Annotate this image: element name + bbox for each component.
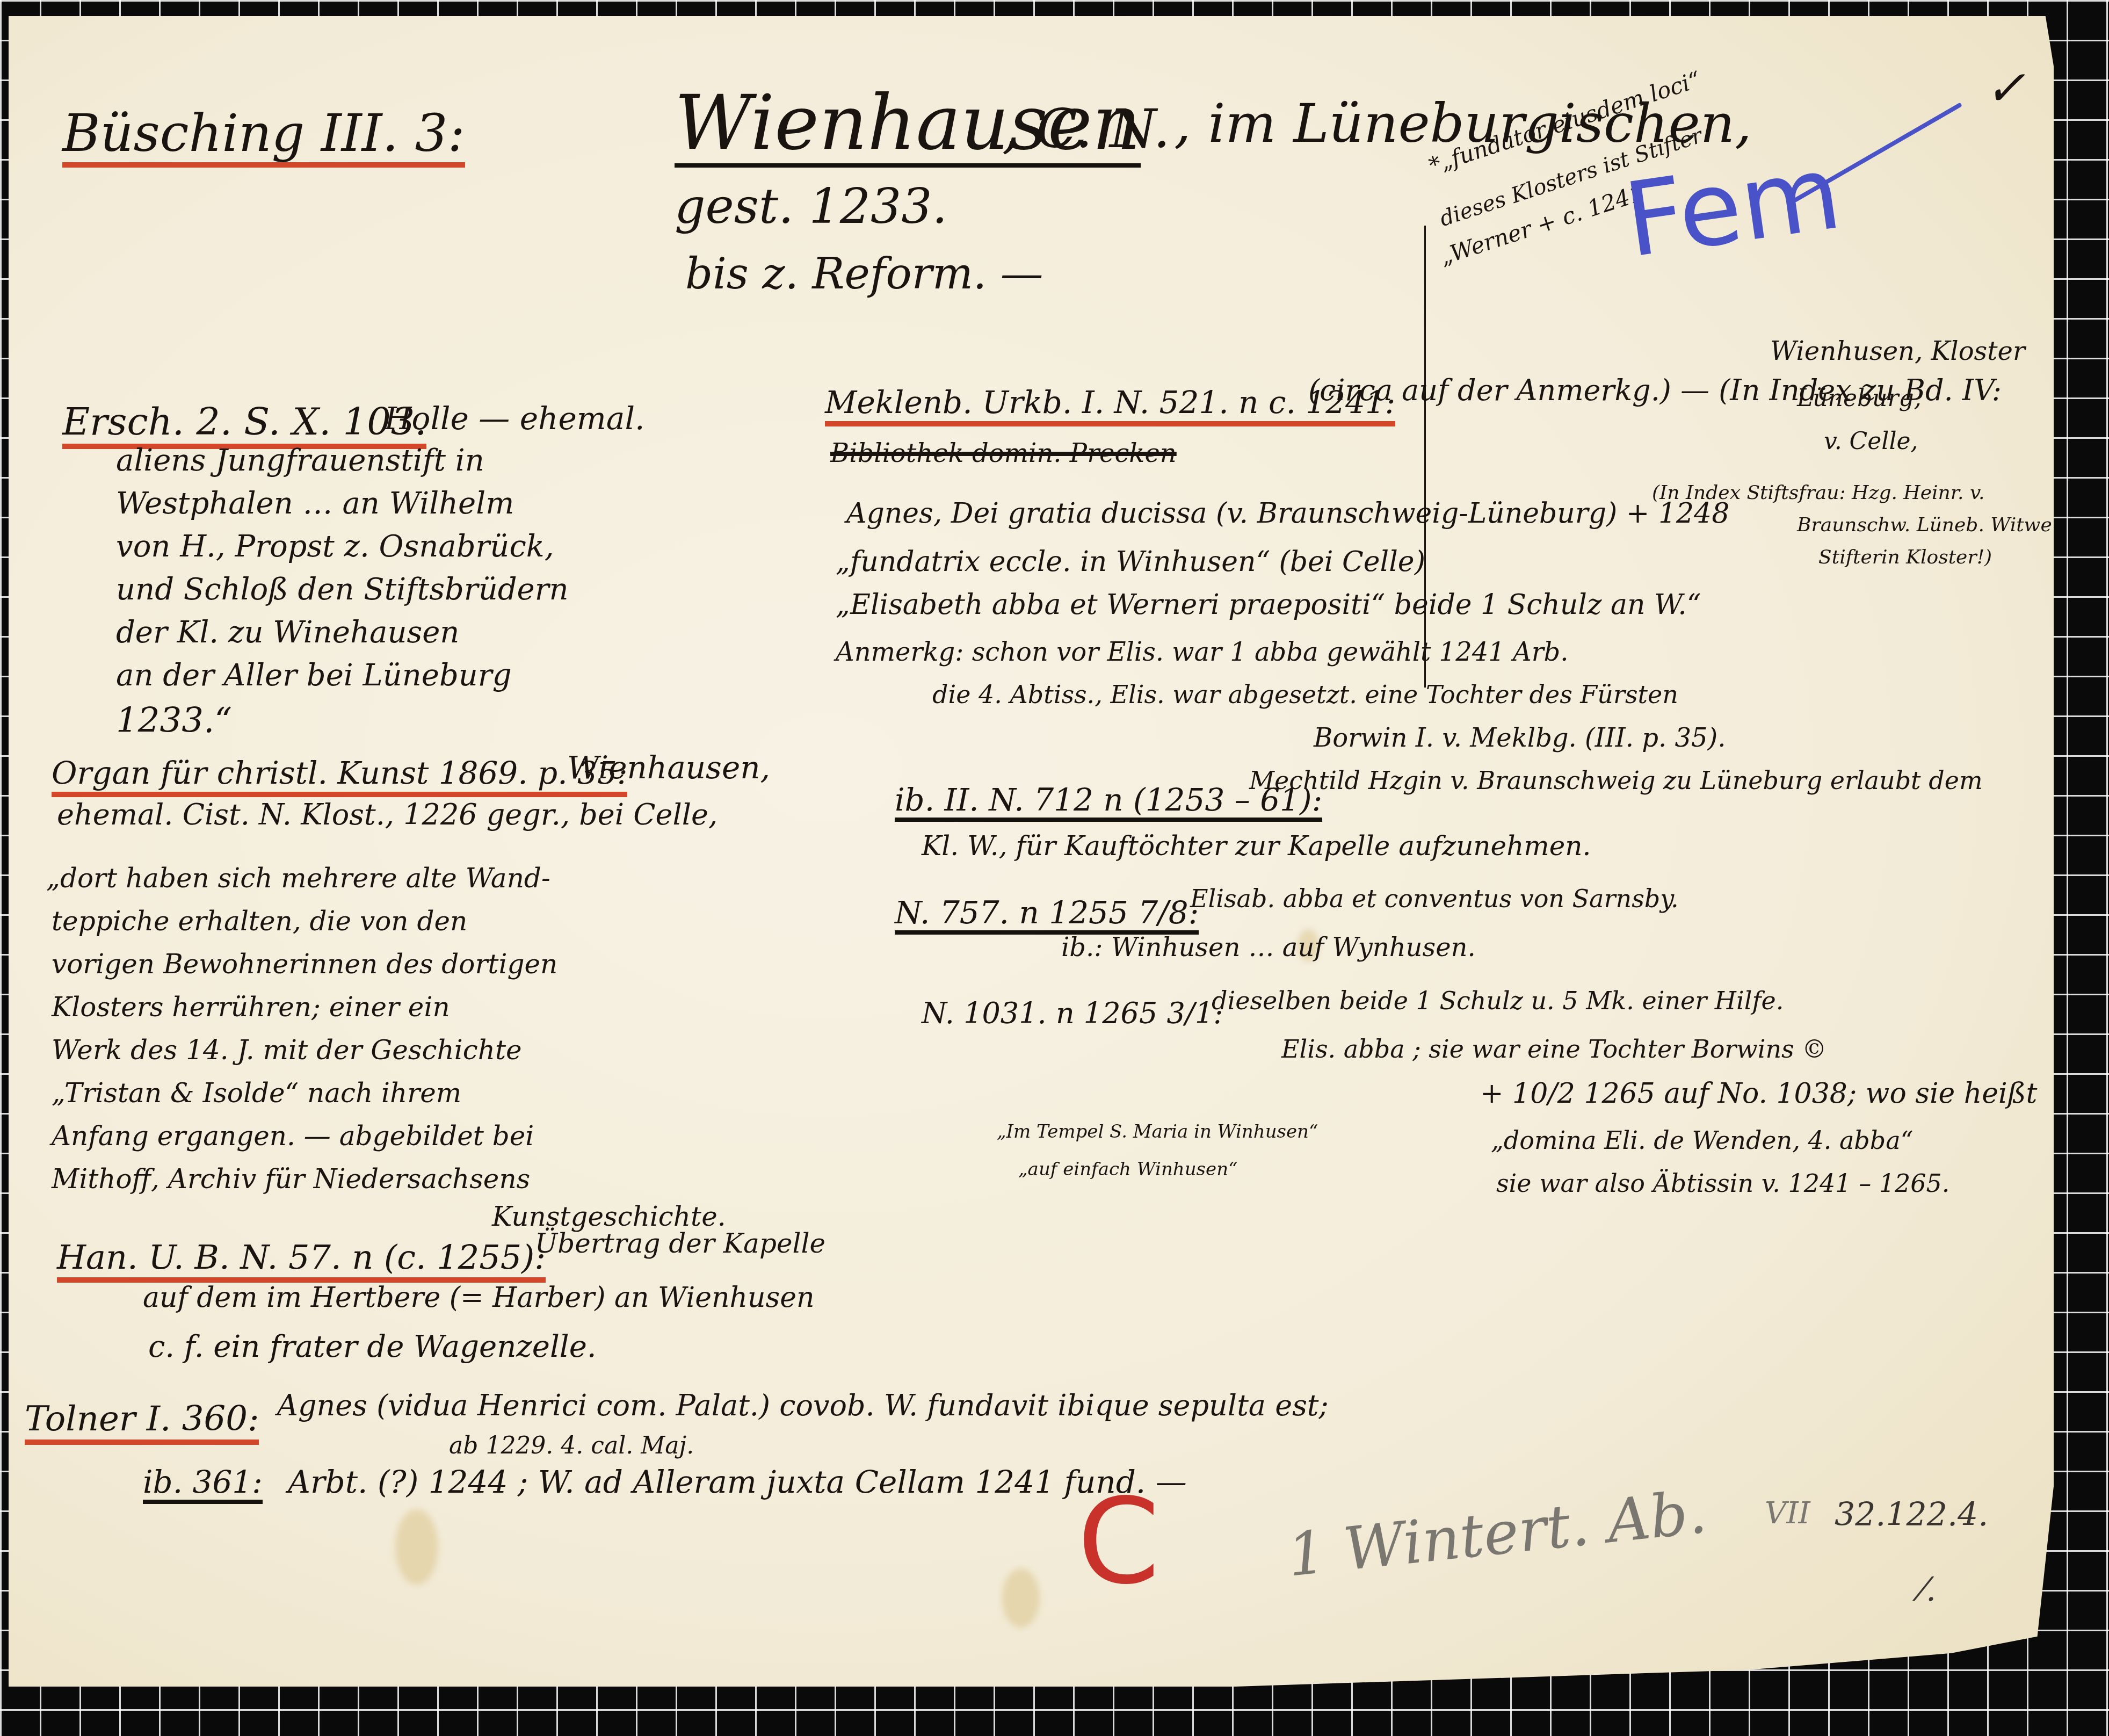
pencil-roman: VII [1765, 1499, 1810, 1529]
organ-line: Werk des 14. J. mit der Geschichte [52, 1037, 522, 1064]
ib712-line: Kl. W., für Kauftöchter zur Kapelle aufz… [922, 833, 1591, 859]
ersch-line: und Schloß den Stiftsbrüdern [116, 575, 569, 605]
index-note: Wienhusen, Kloster [1770, 338, 2025, 364]
source-organ: Organ für christl. Kunst 1869. p. 35: [52, 757, 627, 797]
n1031-line: „domina Eli. de Wenden, 4. abba“ [1491, 1128, 1913, 1153]
ib712-line: Mechtild Hzgin v. Braunschweig zu Lünebu… [1249, 768, 1983, 793]
organ-line: Mithoff, Archiv für Niedersachsens [52, 1166, 530, 1192]
n1031-line: dieselben beide 1 Schulz u. 5 Mk. einer … [1212, 988, 1784, 1013]
n757-line: Elisab. abba et conventus von Sarnsby. [1190, 886, 1679, 911]
index-note: (In Index Stiftsfrau: Hzg. Heinr. v. [1652, 483, 1984, 503]
organ-line: „Tristan & Isolde“ nach ihrem [52, 1080, 461, 1106]
corner-checkmark: ✓ [1985, 64, 2025, 113]
margin-note: „auf einfach Winhusen“ [1018, 1160, 1237, 1178]
meklenb-line: Anmerkg: schon vor Elis. war 1 abba gewä… [836, 639, 1569, 665]
organ-line: Kunstgeschichte. [492, 1203, 726, 1230]
source-tolner: Tolner I. 360: [25, 1402, 259, 1445]
index-note: Lüneburg, [1797, 387, 1922, 410]
source-han-ub: Han. U. B. N. 57. n (c. 1255): [57, 1241, 546, 1283]
n1031-line: Elis. abba ; sie war eine Tochter Borwin… [1281, 1037, 1827, 1061]
ersch-line: 1233.“ [116, 704, 232, 738]
title-suffix: , C. N. [1002, 102, 1170, 156]
han-line: auf dem im Hertbere (= Harber) an Wienhu… [143, 1284, 814, 1312]
stain [1002, 1568, 1040, 1627]
han-line: c. f. ein frater de Wagenzelle. [148, 1332, 597, 1362]
meklenb-line: „Elisabeth abba et Werneri praepositi“ b… [836, 591, 1701, 619]
index-note: Stifterin Kloster!) [1818, 548, 1992, 567]
source-N757: N. 757. n 1255 7/8: [895, 897, 1199, 935]
source-ib-361: ib. 361: [143, 1466, 263, 1504]
manuscript-page: Büsching III. 3: Wienhausen , C. N. , im… [9, 16, 2054, 1687]
source-ersch: Ersch. 2. S. X. 103. [62, 403, 426, 449]
organ-line: teppiche erhalten, die von den [52, 908, 467, 935]
founding-date: gest. 1233. [675, 183, 947, 231]
pencil-fraction: ⁄. [1920, 1574, 1936, 1606]
ersch-line: von H., Propst z. Osnabrück, [116, 532, 554, 562]
pencil-number: 32.122.4. [1835, 1499, 1988, 1531]
meklenb-line: die 4. Abtiss., Elis. war abgesetzt. ein… [932, 682, 1678, 707]
red-crayon-mark: C [1077, 1482, 1160, 1601]
struck-text: Bibliothek domin. Precken [830, 440, 1177, 466]
ersch-line: der Kl. zu Winehausen [116, 618, 459, 648]
tolner-line: ab 1229. 4. cal. Maj. [449, 1434, 694, 1458]
n757-line: ib.: Winhusen … auf Wynhusen. [1061, 935, 1476, 960]
organ-line: Wienhausen, [567, 752, 770, 783]
organ-line: vorigen Bewohnerinnen des dortigen [52, 951, 557, 978]
stain [395, 1509, 438, 1585]
ersch-line: an der Aller bei Lüneburg [116, 661, 511, 691]
tolner-line: Agnes (vidua Henrici com. Palat.) covob.… [277, 1391, 1329, 1420]
organ-line: ehemal. Cist. N. Klost., 1226 gegr., bei… [57, 800, 718, 829]
meklenb-line: Agnes, Dei gratia ducissa (v. Braunschwe… [846, 500, 1729, 527]
reference-heading: Büsching III. 3: [62, 107, 465, 168]
pencil-shelfmark: 1 Wintert. Ab. [1285, 1482, 1709, 1585]
ersch-line: Westphalen … an Wilhelm [116, 489, 514, 519]
index-note: Braunschw. Lüneb. Witwe [1797, 516, 2052, 535]
index-note: v. Celle, [1824, 430, 1918, 453]
ib-361-line: Arbt. (?) 1244 ; W. ad Alleram juxta Cel… [288, 1466, 1187, 1498]
organ-line: Klosters herrühren; einer ein [52, 994, 450, 1021]
han-line: Übertrag der Kapelle [535, 1230, 825, 1257]
margin-note: „Im Tempel S. Maria in Winhusen“ [997, 1123, 1318, 1141]
reform-note: bis z. Reform. — [685, 252, 1043, 295]
meklenb-line: „fundatrix eccle. in Winhusen“ (bei Cell… [836, 548, 1425, 576]
blue-pencil-mark: Fem [1619, 141, 1846, 272]
ersch-line: Holle — ehemal. [385, 403, 644, 434]
n1031-line: + 10/2 1265 auf No. 1038; wo sie heißt [1480, 1080, 2037, 1108]
ersch-line: aliens Jungfrauenstift in [116, 446, 484, 476]
organ-line: „dort haben sich mehrere alte Wand- [46, 865, 550, 892]
n1031-line: sie war also Äbtissin v. 1241 – 1265. [1496, 1171, 1949, 1196]
meklenb-line: Borwin I. v. Meklbg. (III. p. 35). [1314, 725, 1726, 751]
source-N1031: N. 1031. n 1265 3/1: [922, 999, 1223, 1028]
organ-line: Anfang ergangen. — abgebildet bei [52, 1123, 534, 1149]
